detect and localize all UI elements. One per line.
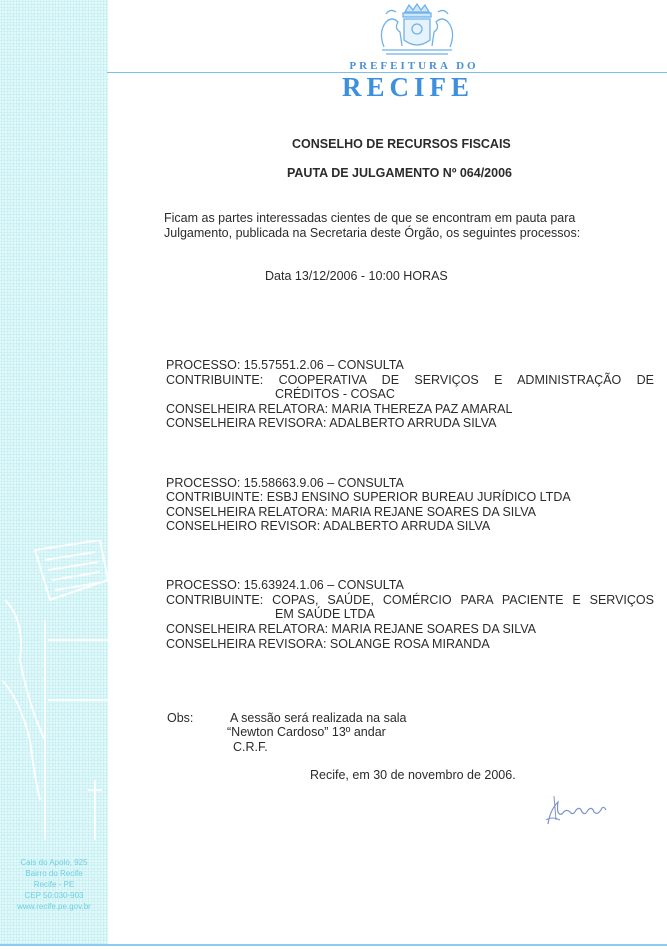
process-number: PROCESSO: 15.58663.9.06 – CONSULTA	[166, 476, 404, 491]
footer-divider	[0, 944, 667, 946]
address-city: Recife - PE	[0, 879, 108, 890]
city-coat-of-arms-icon	[372, 2, 462, 58]
process-number: PROCESSO: 15.63924.1.06 – CONSULTA	[166, 578, 404, 593]
process-contributor: CONTRIBUINTE: COPAS, SAÚDE, COMÉRCIO PAR…	[166, 593, 654, 608]
address-website: www.recife.pe.gov.br	[0, 901, 108, 912]
obs-label: Obs:	[167, 711, 193, 726]
process-number: PROCESSO: 15.57551.2.06 – CONSULTA	[166, 358, 404, 373]
process-contributor: CONTRIBUINTE: ESBJ ENSINO SUPERIOR BUREA…	[166, 490, 571, 505]
address-postal-code: CEP 50.030-903	[0, 890, 108, 901]
process-contributor-cont: EM SAÚDE LTDA	[275, 607, 375, 622]
obs-line-2: “Newton Cardoso” 13º andar	[227, 725, 386, 740]
process-reviewer: CONSELHEIRA REVISORA: ADALBERTO ARRUDA S…	[166, 416, 496, 431]
process-rapporteur: CONSELHEIRA RELATORA: MARIA THEREZA PAZ …	[166, 402, 512, 417]
address-street: Cais do Apolo, 925	[0, 857, 108, 868]
obs-line-3: C.R.F.	[233, 740, 268, 755]
obs-line-1: A sessão será realizada na sala	[230, 711, 407, 726]
city-illustration-icon	[0, 540, 108, 840]
process-rapporteur: CONSELHEIRA RELATORA: MARIA REJANE SOARE…	[166, 622, 536, 637]
council-heading: CONSELHO DE RECURSOS FISCAIS	[292, 137, 511, 152]
address-district: Bairro do Recife	[0, 868, 108, 879]
session-date: Data 13/12/2006 - 10:00 HORAS	[265, 269, 448, 284]
process-reviewer: CONSELHEIRA REVISORA: SOLANGE ROSA MIRAN…	[166, 637, 490, 652]
process-rapporteur: CONSELHEIRA RELATORA: MARIA REJANE SOARE…	[166, 505, 536, 520]
intro-line-1: Ficam as partes interessadas cientes de …	[164, 211, 575, 226]
place-and-date: Recife, em 30 de novembro de 2006.	[310, 768, 516, 783]
process-reviewer: CONSELHEIRO REVISOR: ADALBERTO ARRUDA SI…	[166, 519, 490, 534]
handwritten-signature-icon	[540, 790, 620, 830]
process-contributor: CONTRIBUINTE: COOPERATIVA DE SERVIÇOS E …	[166, 373, 654, 388]
footer-address: Cais do Apolo, 925 Bairro do Recife Reci…	[0, 857, 108, 912]
letterhead-sidebar: Cais do Apolo, 925 Bairro do Recife Reci…	[0, 0, 108, 945]
process-contributor-cont: CRÉDITOS - COSAC	[275, 387, 395, 402]
letterhead-prefeitura: PREFEITURA DO	[344, 60, 484, 72]
intro-line-2: Julgamento, publicada na Secretaria dest…	[164, 226, 580, 241]
letterhead-recife: RECIFE	[338, 73, 478, 101]
page-title: PAUTA DE JULGAMENTO Nº 064/2006	[287, 166, 512, 181]
